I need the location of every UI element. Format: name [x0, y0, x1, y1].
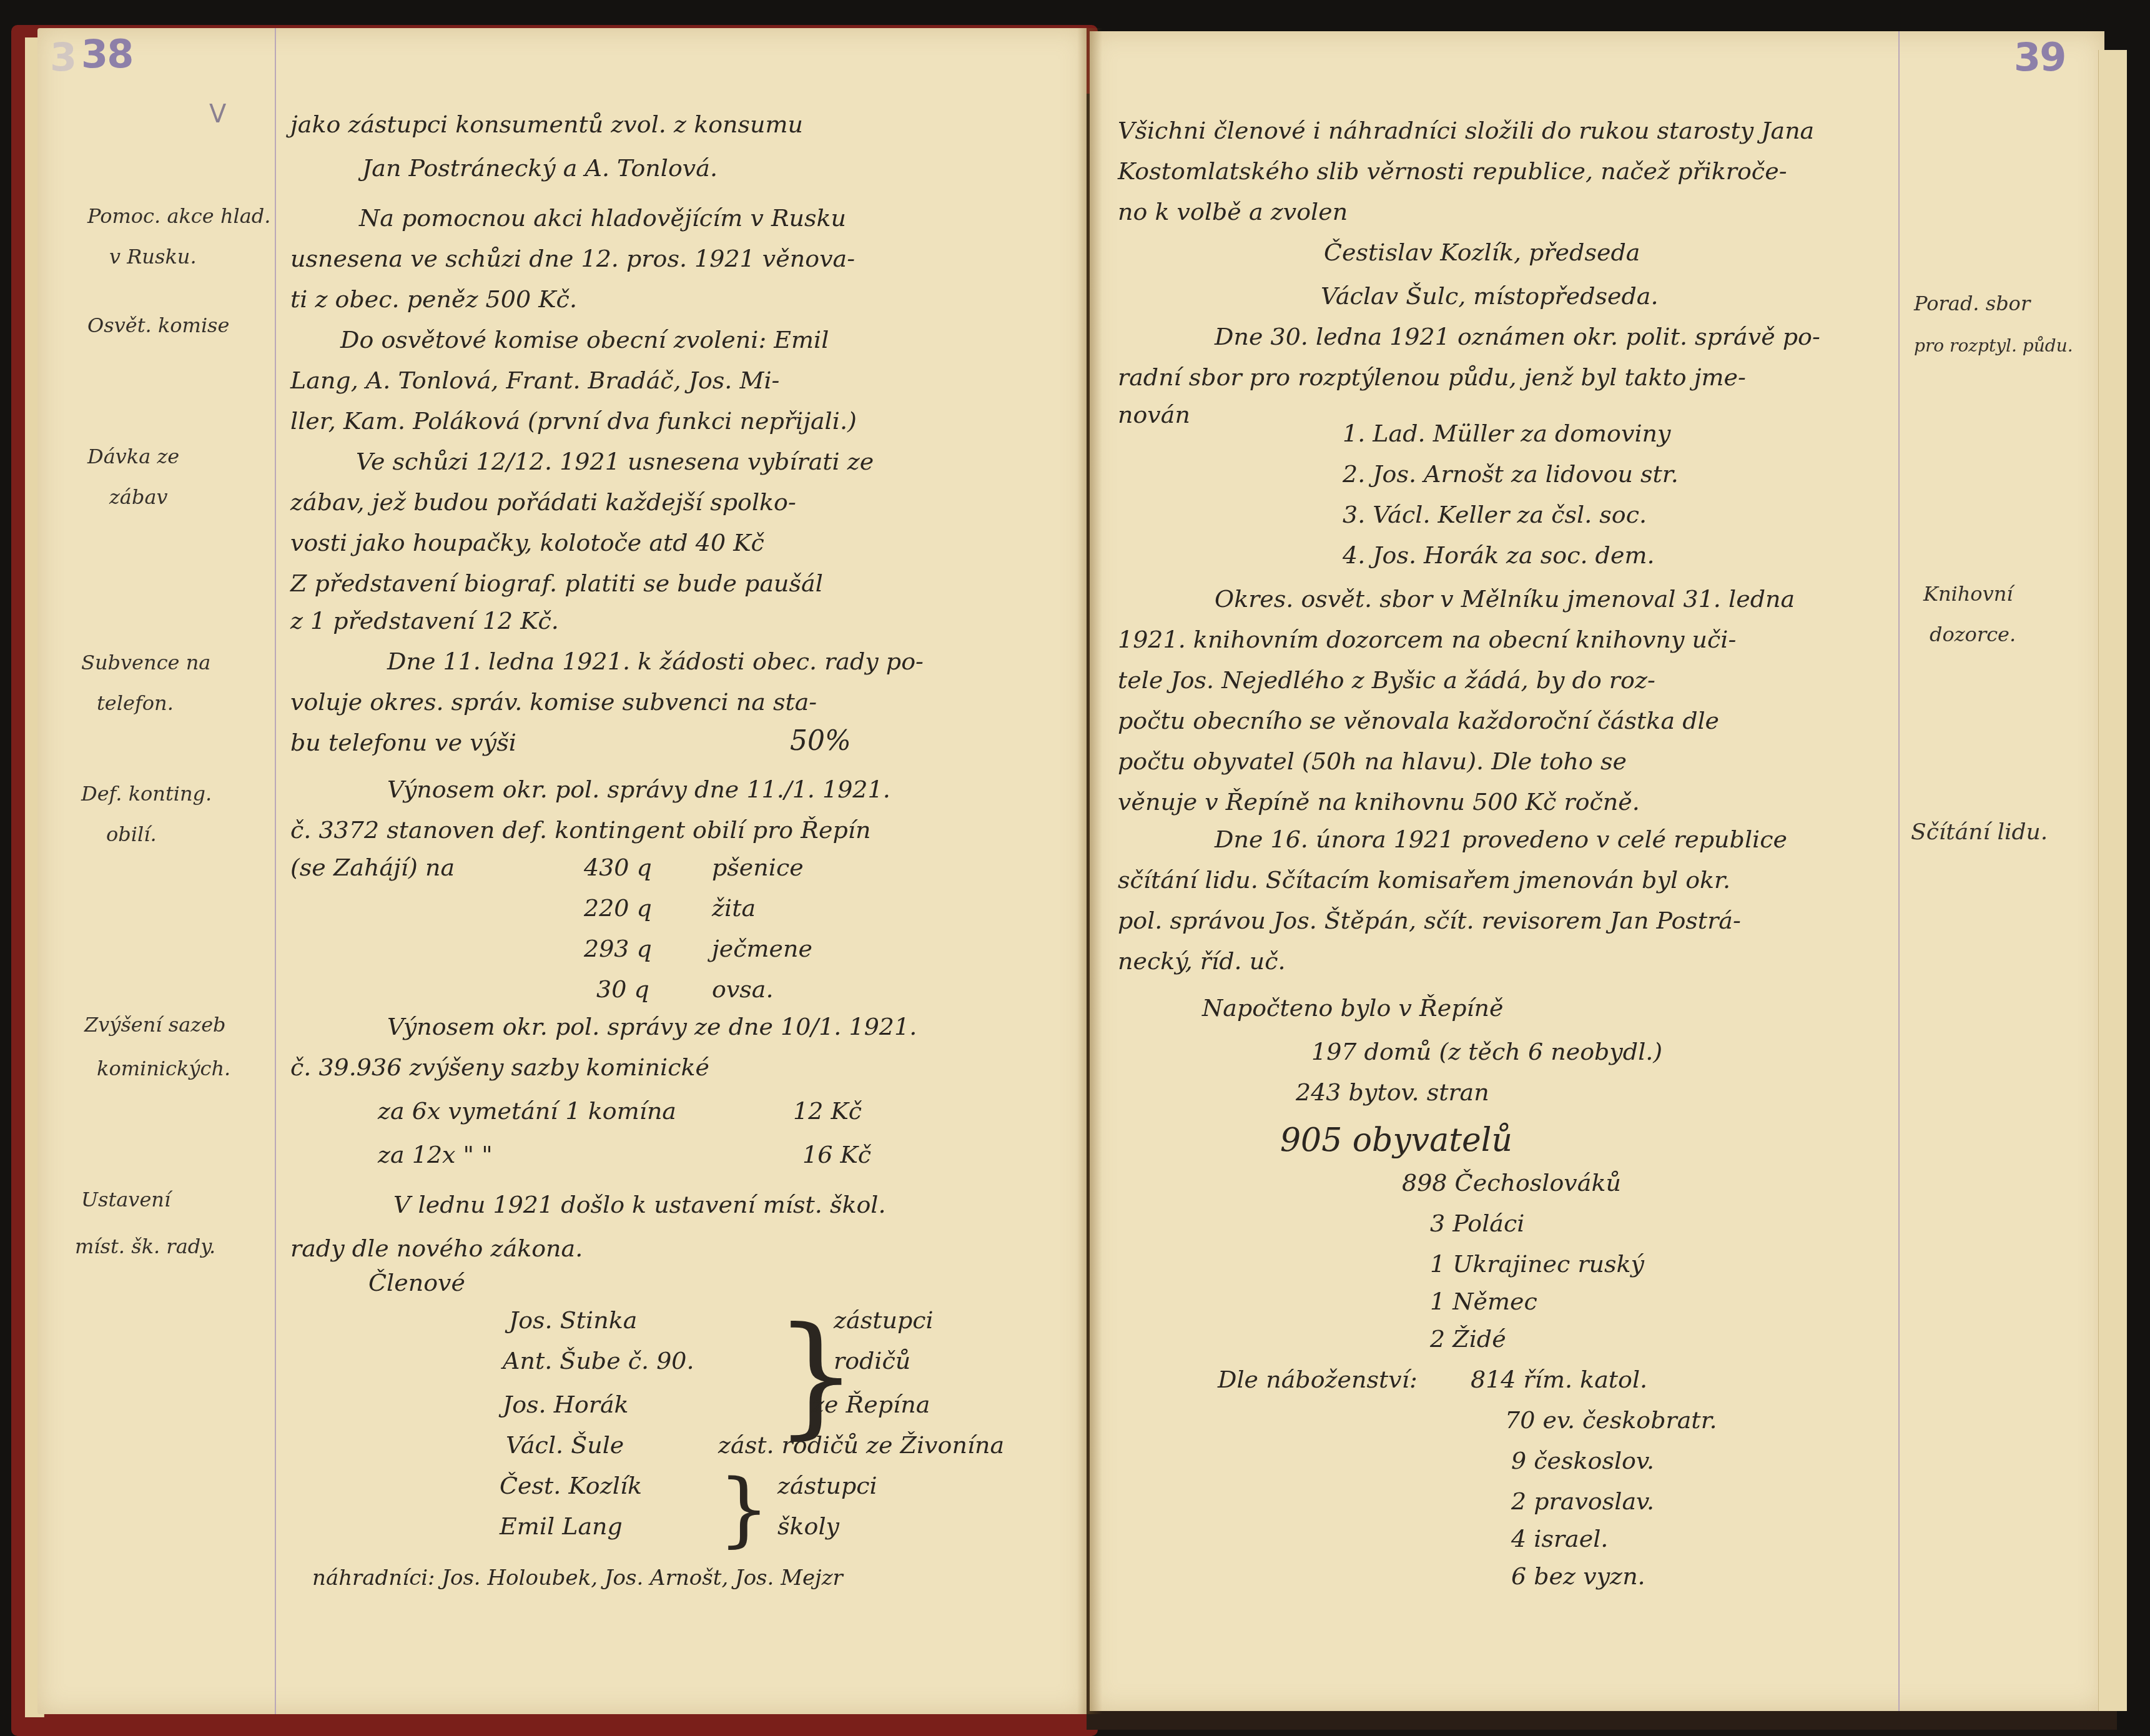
- text-line: Dne 11. ledna 1921. k žádosti obec. rady…: [387, 649, 924, 673]
- list-item: 3. Václ. Keller za čsl. soc.: [1343, 503, 1647, 526]
- grain-crop: ječmene: [712, 937, 812, 960]
- nationality-item: 2 Židé: [1430, 1327, 1506, 1351]
- group-label: ze Řepína: [812, 1393, 930, 1416]
- text-line: tele Jos. Nejedlého z Byšic a žádá, by d…: [1118, 668, 1655, 692]
- margin-note: kominických.: [97, 1058, 230, 1078]
- text-line: voluje okres. správ. komise subvenci na …: [290, 690, 817, 714]
- grain-crop: ovsa.: [712, 977, 774, 1001]
- text-line: bu telefonu ve výši: [290, 731, 516, 754]
- census-total: 243 bytov. stran: [1296, 1080, 1489, 1104]
- list-item: 1. Lad. Müller za domoviny: [1343, 422, 1671, 445]
- text-line: Na pomocnou akci hladovějícím v Rusku: [359, 206, 846, 230]
- text-line: Dne 16. února 1921 provedeno v celé repu…: [1215, 827, 1787, 851]
- text-line: zábav, jež budou pořádati každejší spolk…: [290, 490, 796, 514]
- text-line: počtu obyvatel (50h na hlavu). Dle toho …: [1118, 749, 1627, 773]
- text-line: vosti jako houpačky, kolotoče atd 40 Kč: [290, 531, 764, 555]
- grain-crop: pšenice: [712, 856, 804, 879]
- text-line: Napočteno bylo v Řepíně: [1202, 996, 1504, 1020]
- list-item: 2. Jos. Arnošt za lidovou str.: [1343, 462, 1679, 486]
- brace: }: [718, 1461, 770, 1556]
- text-line: Všichni členové i náhradníci složili do …: [1118, 119, 1814, 142]
- page-number-shadow: 3: [50, 34, 76, 80]
- text-line: necký, říd. uč.: [1118, 949, 1286, 973]
- rate-amount: 12 Kč: [793, 1099, 862, 1123]
- page-number-right: 39: [2014, 34, 2065, 80]
- text-line: nován: [1118, 403, 1190, 427]
- text-line: Okres. osvět. sbor v Mělníku jmenoval 31…: [1215, 587, 1795, 611]
- group-label: zástupci: [777, 1474, 877, 1497]
- member: Jos. Stinka: [509, 1308, 637, 1332]
- religion-item: 2 pravoslav.: [1511, 1489, 1654, 1513]
- text-line: Jan Postránecký a A. Tonlová.: [362, 156, 717, 180]
- group-label: zást. rodičů ze Živonína: [718, 1433, 1004, 1457]
- text-line: jako zástupci konsumentů zvol. z konsumu: [290, 112, 803, 136]
- group-label: rodičů: [834, 1349, 910, 1373]
- rate-label: za 6x vymetání 1 komína: [378, 1099, 676, 1123]
- page-stack-right: [2098, 50, 2127, 1711]
- rate-label: za 12x " ": [378, 1143, 493, 1166]
- text-line: (se Zahájí) na: [290, 856, 455, 879]
- text-line: Kostomlatského slib věrnosti republice, …: [1118, 159, 1787, 183]
- member: Jos. Horák: [503, 1393, 629, 1416]
- text-line: rady dle nového zákona.: [290, 1236, 583, 1260]
- text-line: no k volbě a zvolen: [1118, 200, 1348, 224]
- census-total: 905 obyvatelů: [1280, 1124, 1512, 1157]
- margin-note: míst. šk. rady.: [75, 1236, 215, 1256]
- margin-note: zábav: [109, 487, 168, 507]
- check-mark: V: [209, 100, 226, 129]
- nationality-item: 3 Poláci: [1430, 1211, 1524, 1235]
- group-label: školy: [777, 1514, 839, 1538]
- page-number-left: 38: [81, 31, 132, 77]
- member: Ant. Šube č. 90.: [503, 1349, 694, 1373]
- text-line: Výnosem okr. pol. správy dne 11./1. 1921…: [387, 777, 890, 801]
- religion-item: 70 ev. českobratr.: [1505, 1408, 1717, 1432]
- members-label: Členové: [368, 1271, 465, 1295]
- text-line: Dne 30. ledna 1921 oznámen okr. polit. s…: [1215, 325, 1820, 348]
- nationality-item: 1 Němec: [1430, 1290, 1537, 1313]
- margin-note: telefon.: [97, 693, 174, 713]
- religion-item: 6 bez vyzn.: [1511, 1564, 1645, 1588]
- text-line: usnesena ve schůzi dne 12. pros. 1921 vě…: [290, 247, 855, 270]
- rate-amount: 16 Kč: [802, 1143, 871, 1166]
- margin-note: Porad. sbor: [1914, 293, 2030, 313]
- margin-note: obilí.: [106, 824, 157, 844]
- margin-note: Def. konting.: [81, 784, 212, 804]
- text-line: sčítání lidu. Sčítacím komisařem jmenová…: [1118, 868, 1730, 892]
- margin-note: Dávka ze: [87, 446, 179, 466]
- member: Čest. Kozlík: [500, 1474, 642, 1497]
- margin-note: Zvýšení sazeb: [84, 1015, 226, 1035]
- list-item: 4. Jos. Horák za soc. dem.: [1343, 543, 1655, 567]
- margin-rule-right: [1898, 31, 1900, 1711]
- book-gutter: [1077, 28, 1102, 1714]
- margin-note: Knihovní: [1923, 584, 2013, 604]
- margin-note: pro rozptyl. půdu.: [1914, 337, 2073, 355]
- grain-amount: 293 q: [584, 937, 652, 960]
- grain-amount: 30 q: [596, 977, 649, 1001]
- religion-item: 814 řím. katol.: [1471, 1368, 1647, 1391]
- group-label: zástupci: [834, 1308, 934, 1332]
- member: Emil Lang: [500, 1514, 623, 1538]
- text-line: ti z obec. peněz 500 Kč.: [290, 287, 577, 311]
- margin-note: Pomoc. akce hlad.: [87, 206, 270, 226]
- text-line: Do osvětové komise obecní zvoleni: Emil: [340, 328, 829, 352]
- text-line: Ve schůzi 12/12. 1921 usnesena vybírati …: [356, 450, 874, 473]
- text-line: Z představení biograf. platiti se bude p…: [290, 571, 823, 595]
- text-line: č. 3372 stanoven def. kontingent obilí p…: [290, 818, 870, 842]
- margin-note: Osvět. komise: [87, 315, 229, 335]
- substitutes: náhradníci: Jos. Holoubek, Jos. Arnošt, …: [312, 1567, 843, 1589]
- text-line: Václav Šulc, místopředseda.: [1321, 284, 1659, 308]
- grain-crop: žita: [712, 896, 756, 920]
- religion-item: 4 israel.: [1511, 1527, 1608, 1551]
- text-line: č. 39.936 zvýšeny sazby kominické: [290, 1055, 709, 1079]
- nationality-item: 898 Čechoslováků: [1402, 1171, 1621, 1195]
- subvence-percent: 50%: [790, 727, 851, 755]
- text-line: V lednu 1921 došlo k ustavení míst. škol…: [393, 1193, 886, 1216]
- nationality-item: 1 Ukrajinec ruský: [1430, 1252, 1644, 1276]
- member: Václ. Šule: [506, 1433, 624, 1457]
- left-page: [37, 28, 1087, 1714]
- religion-item: 9 českoslov.: [1511, 1449, 1654, 1472]
- margin-note: Sčítání lidu.: [1911, 821, 2048, 844]
- text-line: 1921. knihovním dozorcem na obecní kniho…: [1118, 628, 1736, 651]
- text-line: věnuje v Řepíně na knihovnu 500 Kč ročně…: [1118, 790, 1640, 814]
- census-total: 197 domů (z těch 6 neobydl.): [1311, 1040, 1662, 1063]
- text-line: radní sbor pro rozptýlenou půdu, jenž by…: [1118, 365, 1746, 389]
- margin-note: dozorce.: [1930, 624, 2016, 644]
- text-line: Výnosem okr. pol. správy ze dne 10/1. 19…: [387, 1015, 917, 1038]
- grain-amount: 430 q: [584, 856, 652, 879]
- text-line: ller, Kam. Poláková (první dva funkci ne…: [290, 409, 857, 433]
- margin-rule-left: [275, 28, 276, 1714]
- margin-note: Ustavení: [81, 1190, 170, 1210]
- text-line: z 1 představení 12 Kč.: [290, 609, 559, 633]
- margin-note: Subvence na: [81, 653, 210, 673]
- text-line: Čestislav Kozlík, předseda: [1324, 240, 1640, 264]
- grain-amount: 220 q: [584, 896, 652, 920]
- religion-label: Dle náboženství:: [1218, 1368, 1418, 1391]
- text-line: Lang, A. Tonlová, Frant. Bradáč, Jos. Mi…: [290, 368, 779, 392]
- margin-note: v Rusku.: [109, 247, 197, 267]
- text-line: pol. správou Jos. Štěpán, sčít. revisore…: [1118, 909, 1741, 932]
- text-line: počtu obecního se věnovala každoroční čá…: [1118, 709, 1719, 732]
